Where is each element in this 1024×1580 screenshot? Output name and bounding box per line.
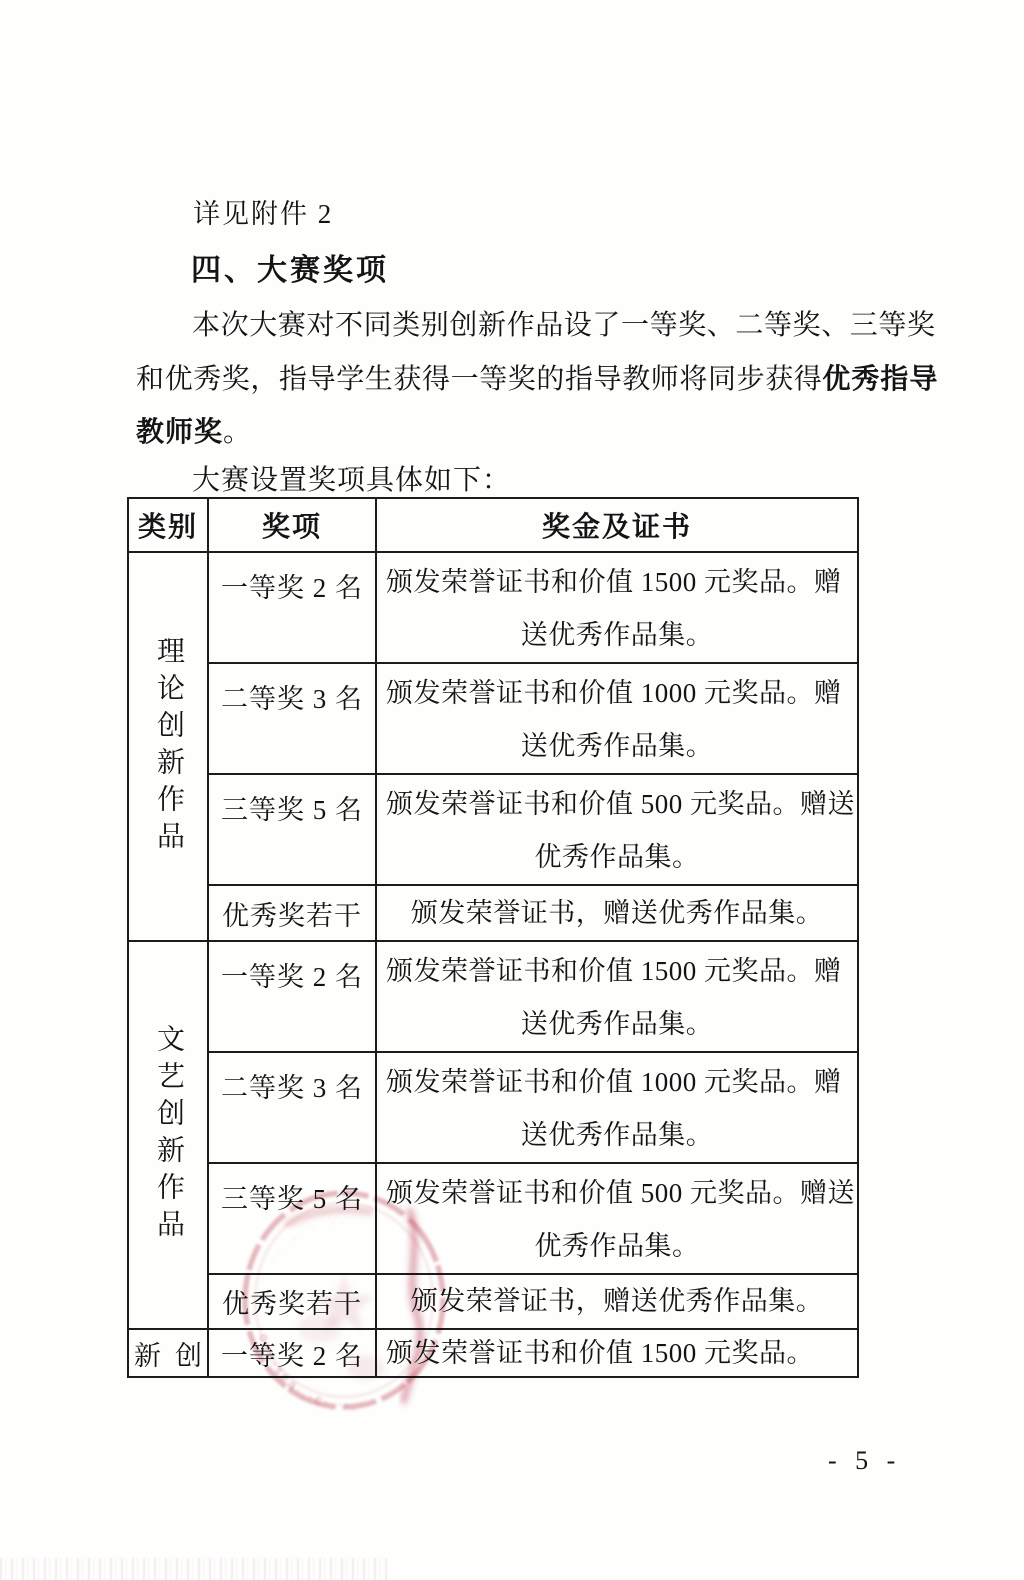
prize-line-2: 送优秀作品集。 (377, 1109, 857, 1162)
prize-line-1: 颁发荣誉证书，赠送优秀作品集。 (377, 1285, 857, 1317)
paragraph-line-1: 本次大赛对不同类别创新作品设了一等奖、二等奖、三等奖 (192, 303, 936, 343)
paragraph-line-2-normal: 和优秀奖，指导学生获得一等奖的指导教师将同步获得 (136, 364, 822, 395)
prize-cell: 颁发荣誉证书和价值 1000 元奖品。赠 送优秀作品集。 (376, 1052, 858, 1163)
table-row: 三等奖 5 名 颁发荣誉证书和价值 500 元奖品。赠送 优秀作品集。 (128, 1163, 858, 1274)
award-cell: 二等奖 3 名 (208, 1052, 376, 1163)
award-cell: 三等奖 5 名 (208, 774, 376, 885)
table-row: 文艺创新作品 一等奖 2 名 颁发荣誉证书和价值 1500 元奖品。赠 送优秀作… (128, 941, 858, 1052)
bold-award-name-part2: 教师奖 (136, 416, 223, 447)
prize-line-2: 送优秀作品集。 (377, 998, 857, 1051)
prize-cell: 颁发荣誉证书和价值 1500 元奖品。 (376, 1329, 858, 1377)
prize-line-1: 颁发荣誉证书和价值 1500 元奖品。 (377, 1337, 857, 1369)
table-intro: 大赛设置奖项具体如下： (192, 458, 511, 498)
prize-cell: 颁发荣誉证书和价值 1500 元奖品。赠 送优秀作品集。 (376, 552, 858, 663)
category-label-art: 文艺创新作品 (154, 1024, 182, 1246)
prize-cell: 颁发荣誉证书和价值 1000 元奖品。赠 送优秀作品集。 (376, 663, 858, 774)
table-row: 三等奖 5 名 颁发荣誉证书和价值 500 元奖品。赠送 优秀作品集。 (128, 774, 858, 885)
prize-line-1: 颁发荣誉证书和价值 500 元奖品。赠送 (377, 775, 857, 831)
prize-line-2: 送优秀作品集。 (377, 720, 857, 773)
category-cell-theory: 理论创新作品 (128, 552, 208, 941)
paragraph-line-2: 和优秀奖，指导学生获得一等奖的指导教师将同步获得优秀指导 (136, 357, 938, 397)
prize-cell: 颁发荣誉证书和价值 1500 元奖品。赠 送优秀作品集。 (376, 941, 858, 1052)
page-number: - 5 - (828, 1446, 901, 1476)
table-row: 优秀奖若干 颁发荣誉证书，赠送优秀作品集。 (128, 885, 858, 941)
table-header-row: 类别 奖项 奖金及证书 (128, 498, 858, 552)
table-row: 优秀奖若干 颁发荣誉证书，赠送优秀作品集。 (128, 1274, 858, 1329)
awards-table: 类别 奖项 奖金及证书 理论创新作品 一等奖 2 名 颁发荣誉证书和价值 150… (127, 497, 859, 1378)
award-cell: 二等奖 3 名 (208, 663, 376, 774)
scan-noise-artifact (0, 1558, 390, 1580)
award-cell: 一等奖 2 名 (208, 1329, 376, 1377)
category-cell-art: 文艺创新作品 (128, 941, 208, 1329)
prize-line-1: 颁发荣誉证书和价值 500 元奖品。赠送 (377, 1164, 857, 1220)
prize-line-1: 颁发荣誉证书，赠送优秀作品集。 (377, 897, 857, 929)
attachment-note: 详见附件 2 (193, 192, 333, 231)
prize-line-2: 送优秀作品集。 (377, 609, 857, 662)
paragraph-line-3-period: 。 (223, 417, 252, 448)
table-row: 二等奖 3 名 颁发荣誉证书和价值 1000 元奖品。赠 送优秀作品集。 (128, 1052, 858, 1163)
category-cell-new: 新 创 (128, 1329, 208, 1377)
award-cell: 三等奖 5 名 (208, 1163, 376, 1274)
table-row: 二等奖 3 名 颁发荣誉证书和价值 1000 元奖品。赠 送优秀作品集。 (128, 663, 858, 774)
prize-cell: 颁发荣誉证书，赠送优秀作品集。 (376, 1274, 858, 1329)
table-row: 新 创 一等奖 2 名 颁发荣誉证书和价值 1500 元奖品。 (128, 1329, 858, 1377)
award-cell: 优秀奖若干 (208, 1274, 376, 1329)
header-cell-category: 类别 (128, 498, 208, 552)
award-cell: 优秀奖若干 (208, 885, 376, 941)
award-cell: 一等奖 2 名 (208, 552, 376, 663)
bold-award-name-part1: 优秀指导 (822, 363, 938, 394)
table-row: 理论创新作品 一等奖 2 名 颁发荣誉证书和价值 1500 元奖品。赠 送优秀作… (128, 552, 858, 663)
prize-cell: 颁发荣誉证书，赠送优秀作品集。 (376, 885, 858, 941)
header-cell-prize: 奖金及证书 (376, 498, 858, 552)
paragraph-line-3: 教师奖。 (136, 410, 252, 450)
header-cell-award: 奖项 (208, 498, 376, 552)
prize-line-1: 颁发荣誉证书和价值 1000 元奖品。赠 (377, 664, 857, 720)
prize-line-2: 优秀作品集。 (377, 1220, 857, 1273)
category-label-new-char1: 新 (134, 1334, 161, 1373)
prize-line-1: 颁发荣誉证书和价值 1500 元奖品。赠 (377, 942, 857, 998)
prize-line-1: 颁发荣誉证书和价值 1500 元奖品。赠 (377, 553, 857, 609)
category-label-new-char2: 创 (175, 1334, 202, 1373)
document-page: 详见附件 2 四、大赛奖项 本次大赛对不同类别创新作品设了一等奖、二等奖、三等奖… (0, 0, 1024, 1580)
category-label-theory: 理论创新作品 (154, 636, 182, 858)
prize-cell: 颁发荣誉证书和价值 500 元奖品。赠送 优秀作品集。 (376, 774, 858, 885)
prize-cell: 颁发荣誉证书和价值 500 元奖品。赠送 优秀作品集。 (376, 1163, 858, 1274)
prize-line-2: 优秀作品集。 (377, 831, 857, 884)
prize-line-1: 颁发荣誉证书和价值 1000 元奖品。赠 (377, 1053, 857, 1109)
award-cell: 一等奖 2 名 (208, 941, 376, 1052)
section-heading: 四、大赛奖项 (191, 245, 389, 289)
